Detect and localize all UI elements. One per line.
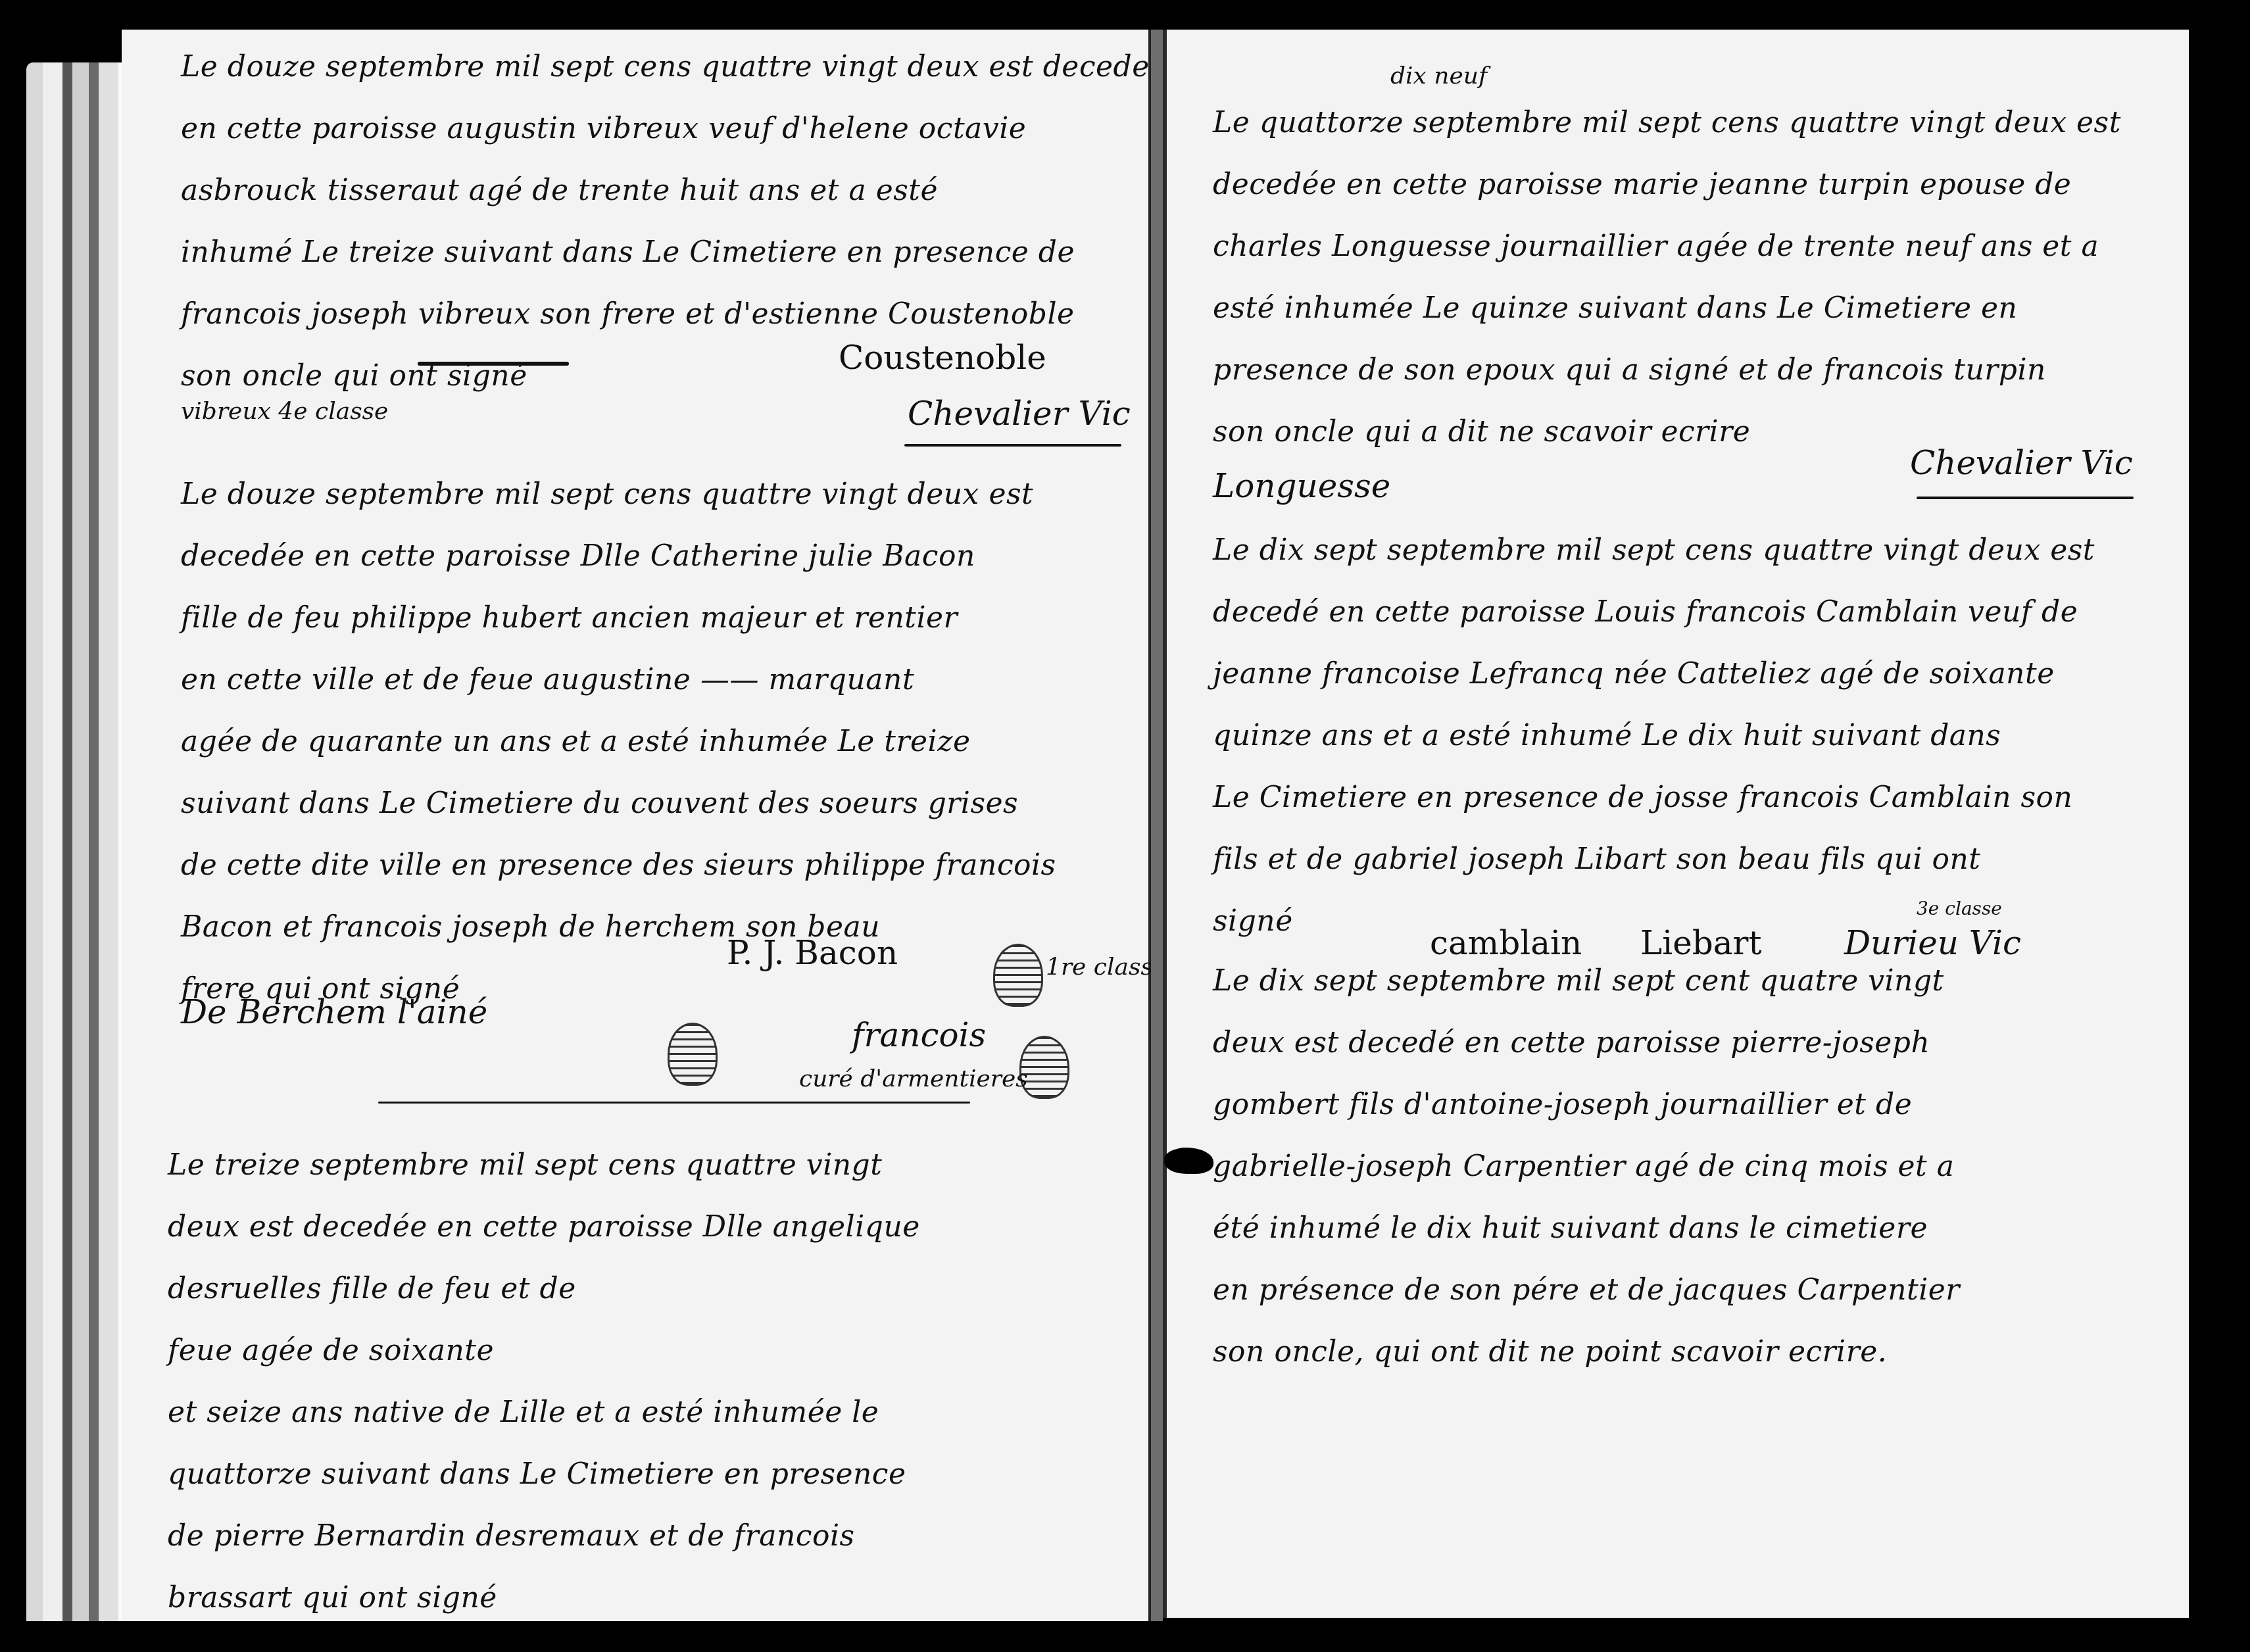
entry-line: presence de son epoux qui a signé et de …: [1213, 339, 2121, 401]
entry-line: desruelles fille de feu et de: [168, 1258, 920, 1320]
entry-line: gombert fils d'antoine-joseph journailli…: [1213, 1074, 1960, 1136]
stacked-page-edges: [26, 62, 125, 1621]
page-gutter: [1151, 30, 1163, 1621]
left-page: Le douze septembre mil sept cens quattre…: [122, 30, 1151, 1621]
right-page: dix neuf Le quattorze septembre mil sept…: [1163, 30, 2189, 1618]
entry-line: decedée en cette paroisse Dlle Catherine…: [181, 525, 1056, 587]
register-entry: Le douze septembre mil sept cens quattre…: [181, 464, 1056, 1020]
cross-mark: [668, 1023, 718, 1086]
entry-line: fille de feu philippe hubert ancien maje…: [181, 587, 1056, 649]
entry-line: été inhumé le dix huit suivant dans le c…: [1213, 1198, 1960, 1259]
entry-line: jeanne francoise Lefrancq née Catteliez …: [1213, 643, 2095, 705]
entry-line: deux est decedée en cette paroisse Dlle …: [168, 1196, 920, 1258]
entry-line: Le dix sept septembre mil sept cent quat…: [1213, 950, 1960, 1012]
entry-line: esté inhumée Le quinze suivant dans Le C…: [1213, 278, 2121, 339]
entry-line: Le douze septembre mil sept cens quattre…: [181, 36, 1150, 98]
class-note: vibreux 4e classe: [181, 398, 388, 425]
signature: De Berchem l'ainé: [181, 993, 487, 1031]
register-entry: Le dix sept septembre mil sept cent quat…: [1213, 950, 1960, 1383]
entry-line: quinze ans et a esté inhumé Le dix huit …: [1213, 705, 2095, 767]
entry-line: asbrouck tisseraut agé de trente huit an…: [181, 160, 1150, 222]
header-note: dix neuf: [1390, 62, 1487, 89]
entry-line: brassart qui ont signé: [168, 1567, 920, 1629]
entry-line: deux est decedé en cette paroisse pierre…: [1213, 1012, 1960, 1074]
entry-line: en cette ville et de feue augustine —— m…: [181, 649, 1056, 711]
entry-line: Le douze septembre mil sept cens quattre…: [181, 464, 1056, 525]
signature-flourish: [378, 1102, 970, 1104]
entry-line: en présence de son pére et de jacques Ca…: [1213, 1259, 1960, 1321]
entry-line: et seize ans native de Lille et a esté i…: [168, 1382, 920, 1444]
entry-line: Le quattorze septembre mil sept cens qua…: [1213, 92, 2121, 154]
signature: P. J. Bacon: [727, 934, 898, 972]
entry-line: Le dix sept septembre mil sept cens quat…: [1213, 520, 2095, 581]
cure-title: curé d'armentieres: [799, 1065, 1028, 1092]
entry-line: Bacon et francois joseph de herchem son …: [181, 896, 1056, 958]
entry-line: quattorze suivant dans Le Cimetiere en p…: [168, 1444, 920, 1505]
register-entry: Le dix sept septembre mil sept cens quat…: [1213, 520, 2095, 952]
signature: Longuesse: [1213, 467, 1390, 505]
signature-flourish: [418, 362, 569, 366]
signature: Coustenoble: [839, 339, 1046, 377]
register-entry: Le quattorze septembre mil sept cens qua…: [1213, 92, 2121, 463]
entry-line: francois joseph vibreux son frere et d'e…: [181, 283, 1150, 345]
signature: francois: [852, 1016, 986, 1054]
entry-line: inhumé Le treize suivant dans Le Cimetie…: [181, 222, 1150, 283]
entry-line: en cette paroisse augustin vibreux veuf …: [181, 98, 1150, 160]
entry-line: Le Cimetiere en presence de josse franco…: [1213, 767, 2095, 829]
entry-line: charles Longuesse journaillier agée de t…: [1213, 216, 2121, 278]
register-entry: Le treize septembre mil sept cens quattr…: [168, 1134, 920, 1629]
signature: Chevalier Vic: [1910, 444, 2133, 482]
cross-mark: [993, 944, 1043, 1007]
entry-line: Le treize septembre mil sept cens quattr…: [168, 1134, 920, 1196]
signature: Chevalier Vic: [908, 395, 1131, 433]
class-note: 3e classe: [1917, 898, 2002, 919]
class-note: 1re classe: [1046, 954, 1167, 981]
entry-line: decedé en cette paroisse Louis francois …: [1213, 581, 2095, 643]
entry-line: de pierre Bernardin desremaux et de fran…: [168, 1505, 920, 1567]
entry-line: de cette dite ville en presence des sieu…: [181, 835, 1056, 896]
entry-line: suivant dans Le Cimetiere du couvent des…: [181, 773, 1056, 835]
entry-line: son oncle, qui ont dit ne point scavoir …: [1213, 1321, 1960, 1383]
entry-line: fils et de gabriel joseph Libart son bea…: [1213, 829, 2095, 890]
entry-line: decedée en cette paroisse marie jeanne t…: [1213, 154, 2121, 216]
ink-blot: [1164, 1148, 1213, 1174]
entry-line: gabrielle-joseph Carpentier agé de cinq …: [1213, 1136, 1960, 1198]
signature-flourish: [904, 444, 1121, 447]
entry-line: agée de quarante un ans et a esté inhumé…: [181, 711, 1056, 773]
entry-line: feue agée de soixante: [168, 1320, 920, 1382]
signature-flourish: [1917, 497, 2134, 499]
